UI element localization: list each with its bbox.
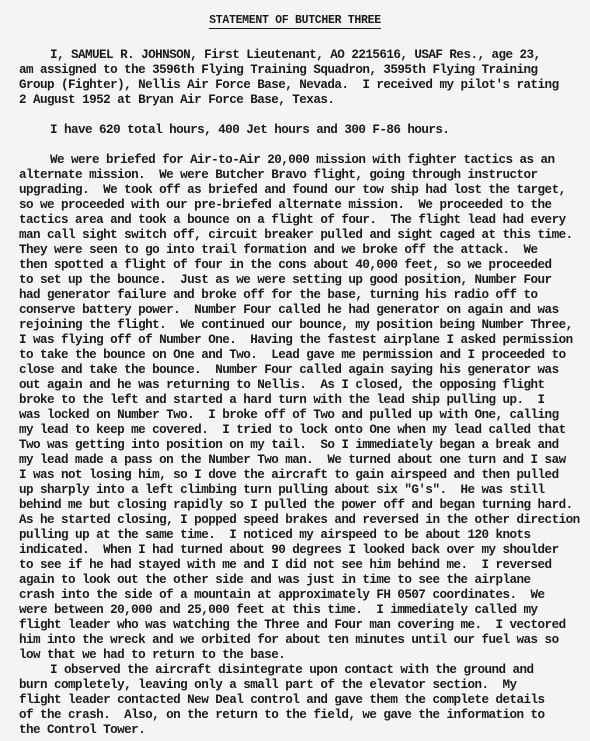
text-line: indicated. When I had turned about 90 de… xyxy=(19,543,559,557)
text-line: up sharply into a left climbing turn pul… xyxy=(19,483,545,497)
text-line: to see if he had stayed with me and I di… xyxy=(19,558,552,572)
text-line: As he started closing, I popped speed br… xyxy=(19,513,580,527)
text-line: flight leader who was watching the Three… xyxy=(19,618,566,632)
text-line: low that we had to return to the base. xyxy=(19,648,285,662)
text-line: tactics area and took a bounce on a flig… xyxy=(19,213,566,227)
text-line: flight leader contacted New Deal control… xyxy=(19,693,545,707)
text-line: I observed the aircraft disintegrate upo… xyxy=(50,663,534,677)
text-line: of the crash. Also, on the return to the… xyxy=(19,708,545,722)
text-line: man call sight switch off, circuit break… xyxy=(19,228,573,242)
text-line: was locked on Number Two. I broke off of… xyxy=(19,408,559,422)
text-line: had generator failure and broke off for … xyxy=(19,288,538,302)
text-line: then spotted a flight of four in the con… xyxy=(19,258,552,272)
text-line: to set up the bounce. Just as we were se… xyxy=(19,273,552,287)
text-line: him into the wreck and we orbited for ab… xyxy=(19,633,559,647)
text-line: alternate mission. We were Butcher Bravo… xyxy=(19,168,538,182)
text-line: behind me but closing rapidly so I pulle… xyxy=(19,498,573,512)
title-text: STATEMENT OF BUTCHER THREE xyxy=(209,14,381,29)
text-line: I was flying off of Number One. Having t… xyxy=(19,333,573,347)
text-line: so we proceeded with our pre-briefed alt… xyxy=(19,198,552,212)
text-line: 2 August 1952 at Bryan Air Force Base, T… xyxy=(19,93,334,107)
text-line: They were seen to go into trail formatio… xyxy=(19,243,538,257)
text-line: I have 620 total hours, 400 Jet hours an… xyxy=(50,123,449,137)
text-line: Group (Fighter), Nellis Air Force Base, … xyxy=(19,78,559,92)
text-line: to take the bounce on One and Two. Lead … xyxy=(19,348,566,362)
document-title: STATEMENT OF BUTCHER THREE xyxy=(0,14,590,27)
text-line: close and take the bounce. Number Four c… xyxy=(19,363,559,377)
text-line: my lead to keep me covered. I tried to l… xyxy=(19,423,566,437)
text-line: crash into the side of a mountain at app… xyxy=(19,588,545,602)
text-line: pulling up at the same time. I noticed m… xyxy=(19,528,531,542)
text-line: broke to the left and started a hard tur… xyxy=(19,393,545,407)
text-line: We were briefed for Air-to-Air 20,000 mi… xyxy=(50,153,555,167)
text-line: conserve battery power. Number Four call… xyxy=(19,303,559,317)
text-line: I, SAMUEL R. JOHNSON, First Lieutenant, … xyxy=(50,48,541,62)
document-page: STATEMENT OF BUTCHER THREE I, SAMUEL R. … xyxy=(0,0,590,741)
text-line: upgrading. We took off as briefed and fo… xyxy=(19,183,566,197)
text-line: out again and he was returning to Nellis… xyxy=(19,378,545,392)
text-line: the Control Tower. xyxy=(19,723,145,737)
text-line: were between 20,000 and 25,000 feet at t… xyxy=(19,603,538,617)
text-line: Two was getting into position on my tail… xyxy=(19,438,559,452)
text-line: am assigned to the 3596th Flying Trainin… xyxy=(19,63,538,77)
text-line: rejoining the flight. We continued our b… xyxy=(19,318,573,332)
text-line: burn completely, leaving only a small pa… xyxy=(19,678,517,692)
text-line: my lead made a pass on the Number Two ma… xyxy=(19,453,566,467)
text-line: I was not losing him, so I dove the airc… xyxy=(19,468,559,482)
text-line: again to look out the other side and was… xyxy=(19,573,531,587)
